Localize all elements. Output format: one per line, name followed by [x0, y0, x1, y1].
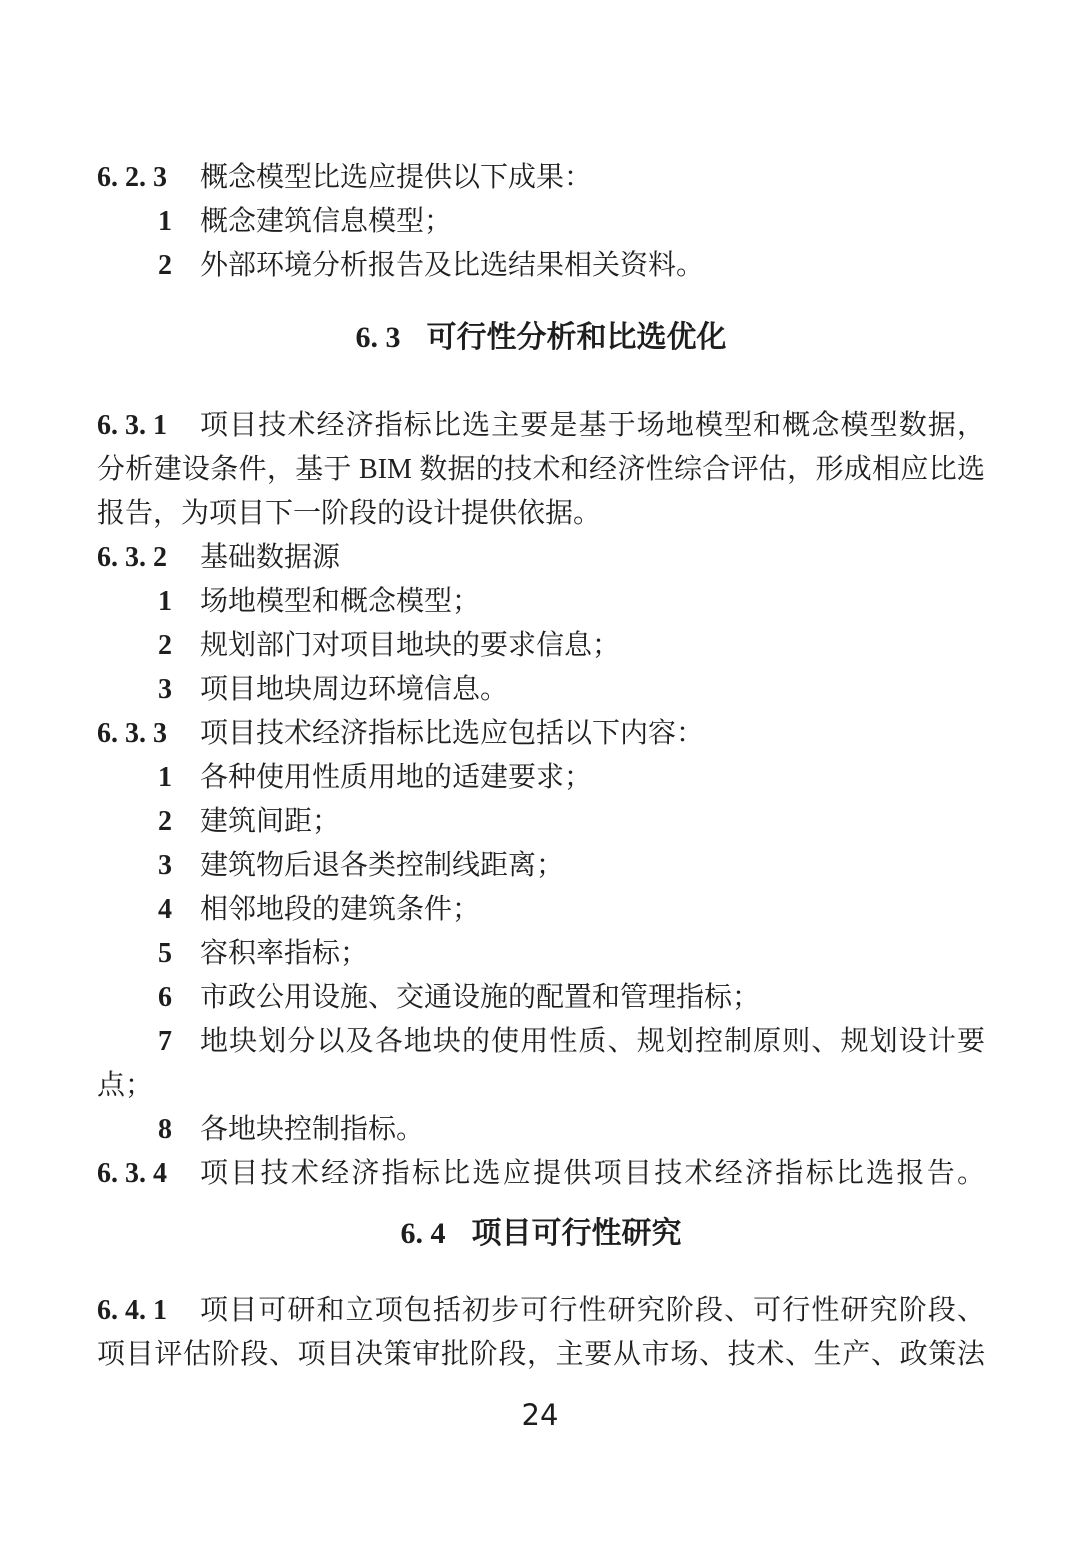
item-text: 场地模型和概念模型； [200, 580, 985, 624]
item-text: 地块划分以及各地块的使用性质、规划控制原则、规划设计要 [200, 1020, 985, 1064]
clause-number: 6. 3. 3 [97, 712, 167, 756]
clause-6-3-4: 6. 3. 4 项目技术经济指标比选应提供项目技术经济指标比选报告。 [97, 1152, 985, 1196]
item-text-continuation: 点； [97, 1064, 985, 1108]
item-text: 建筑间距； [200, 800, 985, 844]
list-item: 1 各种使用性质用地的适建要求； [97, 756, 985, 800]
item-text: 建筑物后退各类控制线距离； [200, 844, 985, 888]
page-number: 24 [0, 1398, 1080, 1432]
clause-text-continuation: 分析建设条件，基于 BIM 数据的技术和经济性综合评估，形成相应比选 [97, 448, 985, 492]
clause-text: 项目技术经济指标比选应提供项目技术经济指标比选报告。 [200, 1152, 985, 1196]
list-item: 1 场地模型和概念模型； [97, 580, 985, 624]
item-text: 各种使用性质用地的适建要求； [200, 756, 985, 800]
list-item: 2 建筑间距； [97, 800, 985, 844]
item-number: 1 [158, 580, 172, 624]
clause-text: 项目可研和立项包括初步可行性研究阶段、可行性研究阶段、 [200, 1289, 985, 1333]
item-text: 容积率指标； [200, 932, 985, 976]
item-number: 8 [158, 1108, 172, 1152]
item-number: 6 [158, 976, 172, 1020]
item-text: 各地块控制指标。 [200, 1108, 985, 1152]
list-item: 5 容积率指标； [97, 932, 985, 976]
clause-number: 6. 3. 4 [97, 1152, 167, 1196]
clause-text-continuation: 报告，为项目下一阶段的设计提供依据。 [97, 492, 985, 536]
item-number: 1 [158, 200, 172, 244]
section-heading-6-4: 6. 4项目可行性研究 [97, 1212, 985, 1256]
item-text: 市政公用设施、交通设施的配置和管理指标； [200, 976, 985, 1020]
clause-number: 6. 3. 1 [97, 404, 167, 448]
list-item: 4 相邻地段的建筑条件； [97, 888, 985, 932]
clause-text: 项目技术经济指标比选主要是基于场地模型和概念模型数据， [200, 404, 985, 448]
item-text: 项目地块周边环境信息。 [200, 668, 985, 712]
list-item: 3 项目地块周边环境信息。 [97, 668, 985, 712]
item-number: 2 [158, 800, 172, 844]
clause-text: 基础数据源 [200, 536, 985, 580]
clause-text: 概念模型比选应提供以下成果： [200, 156, 985, 200]
item-number: 2 [158, 624, 172, 668]
section-title: 可行性分析和比选优化 [427, 321, 727, 354]
item-number: 5 [158, 932, 172, 976]
clause-number: 6. 2. 3 [97, 156, 167, 200]
section-heading-6-3: 6. 3可行性分析和比选优化 [97, 316, 985, 360]
clause-number: 6. 3. 2 [97, 536, 167, 580]
list-item: 2 外部环境分析报告及比选结果相关资料。 [97, 244, 985, 288]
list-item: 6 市政公用设施、交通设施的配置和管理指标； [97, 976, 985, 1020]
item-number: 3 [158, 844, 172, 888]
clause-6-4-1: 6. 4. 1 项目可研和立项包括初步可行性研究阶段、可行性研究阶段、 [97, 1289, 985, 1333]
list-item: 3 建筑物后退各类控制线距离； [97, 844, 985, 888]
clause-text-continuation: 项目评估阶段、项目决策审批阶段，主要从市场、技术、生产、政策法 [97, 1333, 985, 1377]
page-content: 6. 2. 3 概念模型比选应提供以下成果： 1 概念建筑信息模型； 2 外部环… [97, 156, 985, 1377]
document-page: 6. 2. 3 概念模型比选应提供以下成果： 1 概念建筑信息模型； 2 外部环… [0, 0, 1080, 1565]
item-text: 外部环境分析报告及比选结果相关资料。 [200, 244, 985, 288]
item-text: 概念建筑信息模型； [200, 200, 985, 244]
clause-6-3-2: 6. 3. 2 基础数据源 [97, 536, 985, 580]
section-number: 6. 3 [356, 321, 401, 354]
clause-6-2-3: 6. 2. 3 概念模型比选应提供以下成果： [97, 156, 985, 200]
clause-text: 项目技术经济指标比选应包括以下内容： [200, 712, 985, 756]
item-number: 4 [158, 888, 172, 932]
list-item: 8 各地块控制指标。 [97, 1108, 985, 1152]
item-text: 规划部门对项目地块的要求信息； [200, 624, 985, 668]
item-number: 2 [158, 244, 172, 288]
item-number: 3 [158, 668, 172, 712]
item-number: 7 [158, 1020, 172, 1064]
list-item: 1 概念建筑信息模型； [97, 200, 985, 244]
list-item: 2 规划部门对项目地块的要求信息； [97, 624, 985, 668]
item-number: 1 [158, 756, 172, 800]
clause-6-3-3: 6. 3. 3 项目技术经济指标比选应包括以下内容： [97, 712, 985, 756]
clause-6-3-1: 6. 3. 1 项目技术经济指标比选主要是基于场地模型和概念模型数据， [97, 404, 985, 448]
section-number: 6. 4 [401, 1217, 446, 1250]
clause-number: 6. 4. 1 [97, 1289, 167, 1333]
list-item: 7 地块划分以及各地块的使用性质、规划控制原则、规划设计要 [97, 1020, 985, 1064]
item-text: 相邻地段的建筑条件； [200, 888, 985, 932]
section-title: 项目可行性研究 [472, 1217, 682, 1250]
